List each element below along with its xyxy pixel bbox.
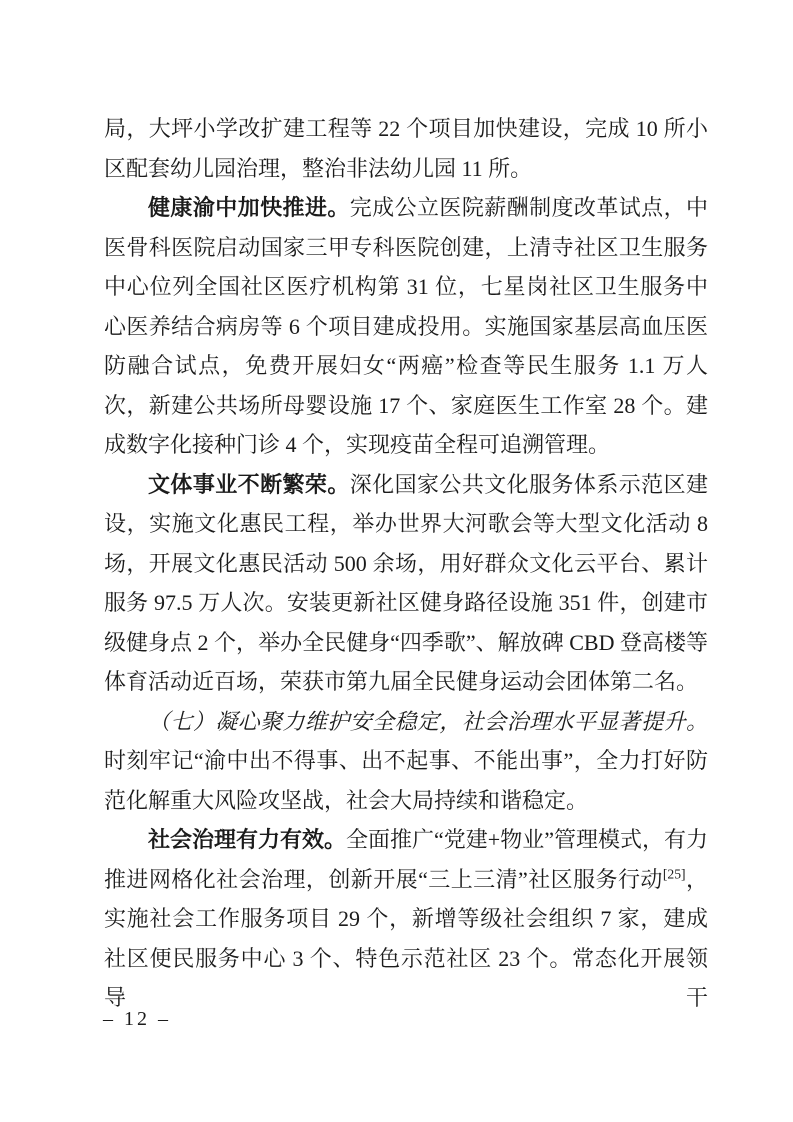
- body-text: 深化国家公共文化服务体系示范区建设，实施文化惠民工程，举办世界大河歌会等大型文化…: [104, 472, 708, 695]
- paragraph: 局，大坪小学改扩建工程等 22 个项目加快建设，完成 10 所小区配套幼儿园治理…: [104, 109, 708, 188]
- document-body: 局，大坪小学改扩建工程等 22 个项目加快建设，完成 10 所小区配套幼儿园治理…: [104, 109, 708, 1018]
- paragraph: 健康渝中加快推进。完成公立医院薪酬制度改革试点，中医骨科医院启动国家三甲专科医院…: [104, 188, 708, 465]
- section-heading: （七）凝心聚力维护安全稳定，社会治理水平显著提升。: [148, 709, 708, 734]
- paragraph: 社会治理有力有效。全面推广“党建+物业”管理模式，有力推进网格化社会治理，创新开…: [104, 820, 708, 1018]
- bold-lead: 健康渝中加快推进。: [148, 195, 350, 220]
- paragraph: （七）凝心聚力维护安全稳定，社会治理水平显著提升。时刻牢记“渝中出不得事、出不起…: [104, 702, 708, 821]
- body-text: 完成公立医院薪酬制度改革试点，中医骨科医院启动国家三甲专科医院创建，上清寺社区卫…: [104, 195, 708, 457]
- bold-lead: 社会治理有力有效。: [148, 827, 346, 852]
- paragraph: 文体事业不断繁荣。深化国家公共文化服务体系示范区建设，实施文化惠民工程，举办世界…: [104, 465, 708, 702]
- body-text: 时刻牢记“渝中出不得事、出不起事、不能出事”，全力打好防范化解重大风险攻坚战，社…: [104, 748, 708, 813]
- page-number: – 12 –: [103, 1008, 171, 1031]
- body-text: 局，大坪小学改扩建工程等 22 个项目加快建设，完成 10 所小区配套幼儿园治理…: [104, 116, 708, 181]
- bold-lead: 文体事业不断繁荣。: [148, 472, 350, 497]
- document-page: 局，大坪小学改扩建工程等 22 个项目加快建设，完成 10 所小区配套幼儿园治理…: [0, 0, 793, 1122]
- footnote-ref: [25]: [663, 866, 686, 881]
